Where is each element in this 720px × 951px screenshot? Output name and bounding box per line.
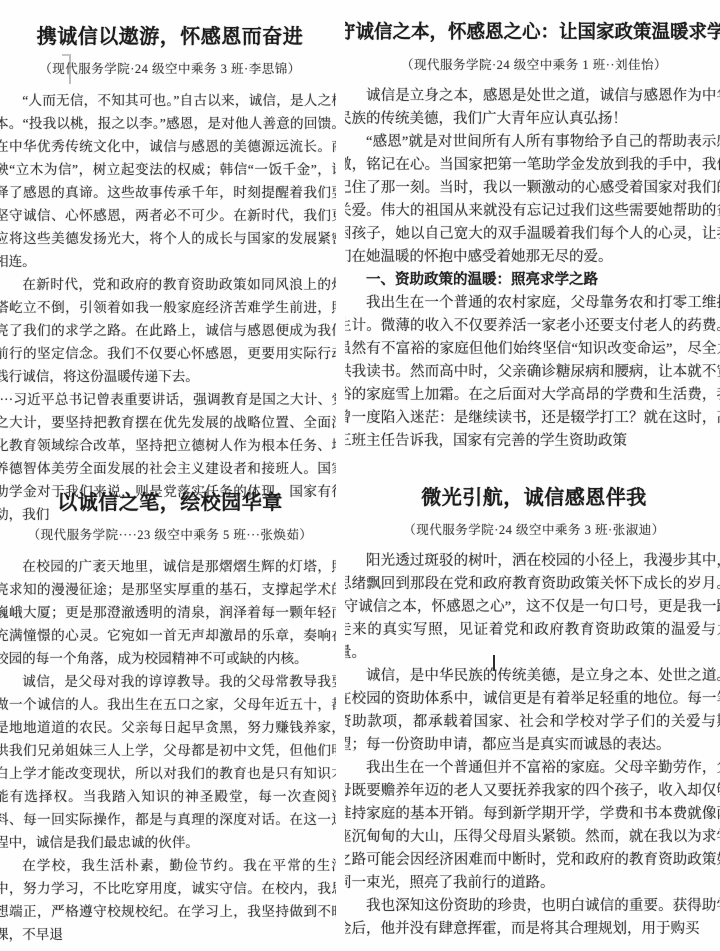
essay-paragraph: 诚信，是父母对我的谆谆教导。我的父母常教导我要做一个诚信的人。我出生在五口之家，…	[0, 670, 336, 854]
essay-paragraph: 诚信是立身之本，感恩是处世之道，诚信与感恩作为中华民族的传统美德，我们广大青年应…	[345, 85, 720, 131]
essay-paragraph: 我出生在一个普通的农村家庭，父母靠务农和打零工维持生计。微薄的收入不仅要养活一家…	[345, 292, 720, 453]
essay-paragraph: 在校园的广袤天地里，诚信是那熠熠生辉的灯塔，照亮求知的漫漫征途；是那坚实厚重的基…	[0, 555, 336, 670]
essay-title: 微光引航，诚信感恩伴我	[345, 483, 720, 513]
essay-subheading: 一、资助政策的温暖：照亮求学之路	[345, 269, 720, 292]
essay-paragraph: “感恩”就是对世间所有人所有事物给予自己的帮助表示感激，铭记在心。当国家把第一笔…	[345, 131, 720, 269]
document-page-left[interactable]: 携诚信以遨游，怀感恩而奋进 （现代服务学院·24 级空中乘务 3 班·李思锦） …	[0, 0, 336, 951]
essay-title: 守诚信之本，怀感恩之心：让国家政策温暖求学	[345, 18, 720, 48]
essay-paragraph: “人而无信，不知其可也。”自古以来，诚信，是人之根本。“投我以桃，报之以李。”感…	[0, 89, 336, 273]
document-canvas: 携诚信以遨游，怀感恩而奋进 （现代服务学院·24 级空中乘务 3 班·李思锦） …	[0, 0, 720, 951]
essay-bottom-right: 微光引航，诚信感恩伴我 （现代服务学院·24 级空中乘务 3 班·张淑迪） 阳光…	[345, 483, 720, 941]
essay-paragraph: 我出生在一个普通但并不富裕的家庭。父母辛勤劳作，父母既要赡养年迈的老人又要抚养我…	[345, 757, 720, 895]
text-cursor	[493, 655, 495, 671]
essay-paragraph: 在学校，我生活朴素，勤俭节约。我在平常的生活中，努力学习，不比吃穿用度，诚实守信…	[0, 854, 336, 946]
essay-paragraph: 我也深知这份资助的珍贵，也明白诚信的重要。获得助学金后，他并没有肆意挥霍，而是将…	[345, 895, 720, 941]
essay-byline: （现代服务学院·24 级空中乘务 1 班··刘佳怡）	[345, 54, 720, 76]
essay-bottom-left: 以诚信之笔，绘校园华章 （现代服务学院····23 级空中乘务 5 班···张焕…	[0, 488, 336, 946]
essay-byline: （现代服务学院·24 级空中乘务 3 班·张淑迪）	[345, 519, 720, 541]
essay-paragraph: 阳光透过斑驳的树叶，洒在校园的小径上，我漫步其中，思绪飘回到那段在党和政府教育资…	[345, 550, 720, 665]
essay-top-left: 携诚信以遨游，怀感恩而奋进 （现代服务学院·24 级空中乘务 3 班·李思锦） …	[0, 22, 336, 526]
essay-paragraph: 在新时代，党和政府的教育资助政策如同风浪上的灯塔屹立不倒，引领着如我一般家庭经济…	[0, 273, 336, 388]
essay-byline: （现代服务学院····23 级空中乘务 5 班···张焕茹）	[0, 524, 336, 546]
essay-byline: （现代服务学院·24 级空中乘务 3 班·李思锦）	[0, 58, 336, 80]
essay-title: 以诚信之笔，绘校园华章	[0, 488, 336, 518]
essay-title: 携诚信以遨游，怀感恩而奋进	[0, 22, 336, 52]
essay-paragraph: 诚信，是中华民族的传统美德，是立身之本、处世之道。在校园的资助体系中，诚信更是有…	[345, 665, 720, 757]
essay-top-right: 守诚信之本，怀感恩之心：让国家政策温暖求学 （现代服务学院·24 级空中乘务 1…	[345, 18, 720, 453]
document-page-right[interactable]: 守诚信之本，怀感恩之心：让国家政策温暖求学 （现代服务学院·24 级空中乘务 1…	[345, 0, 720, 951]
